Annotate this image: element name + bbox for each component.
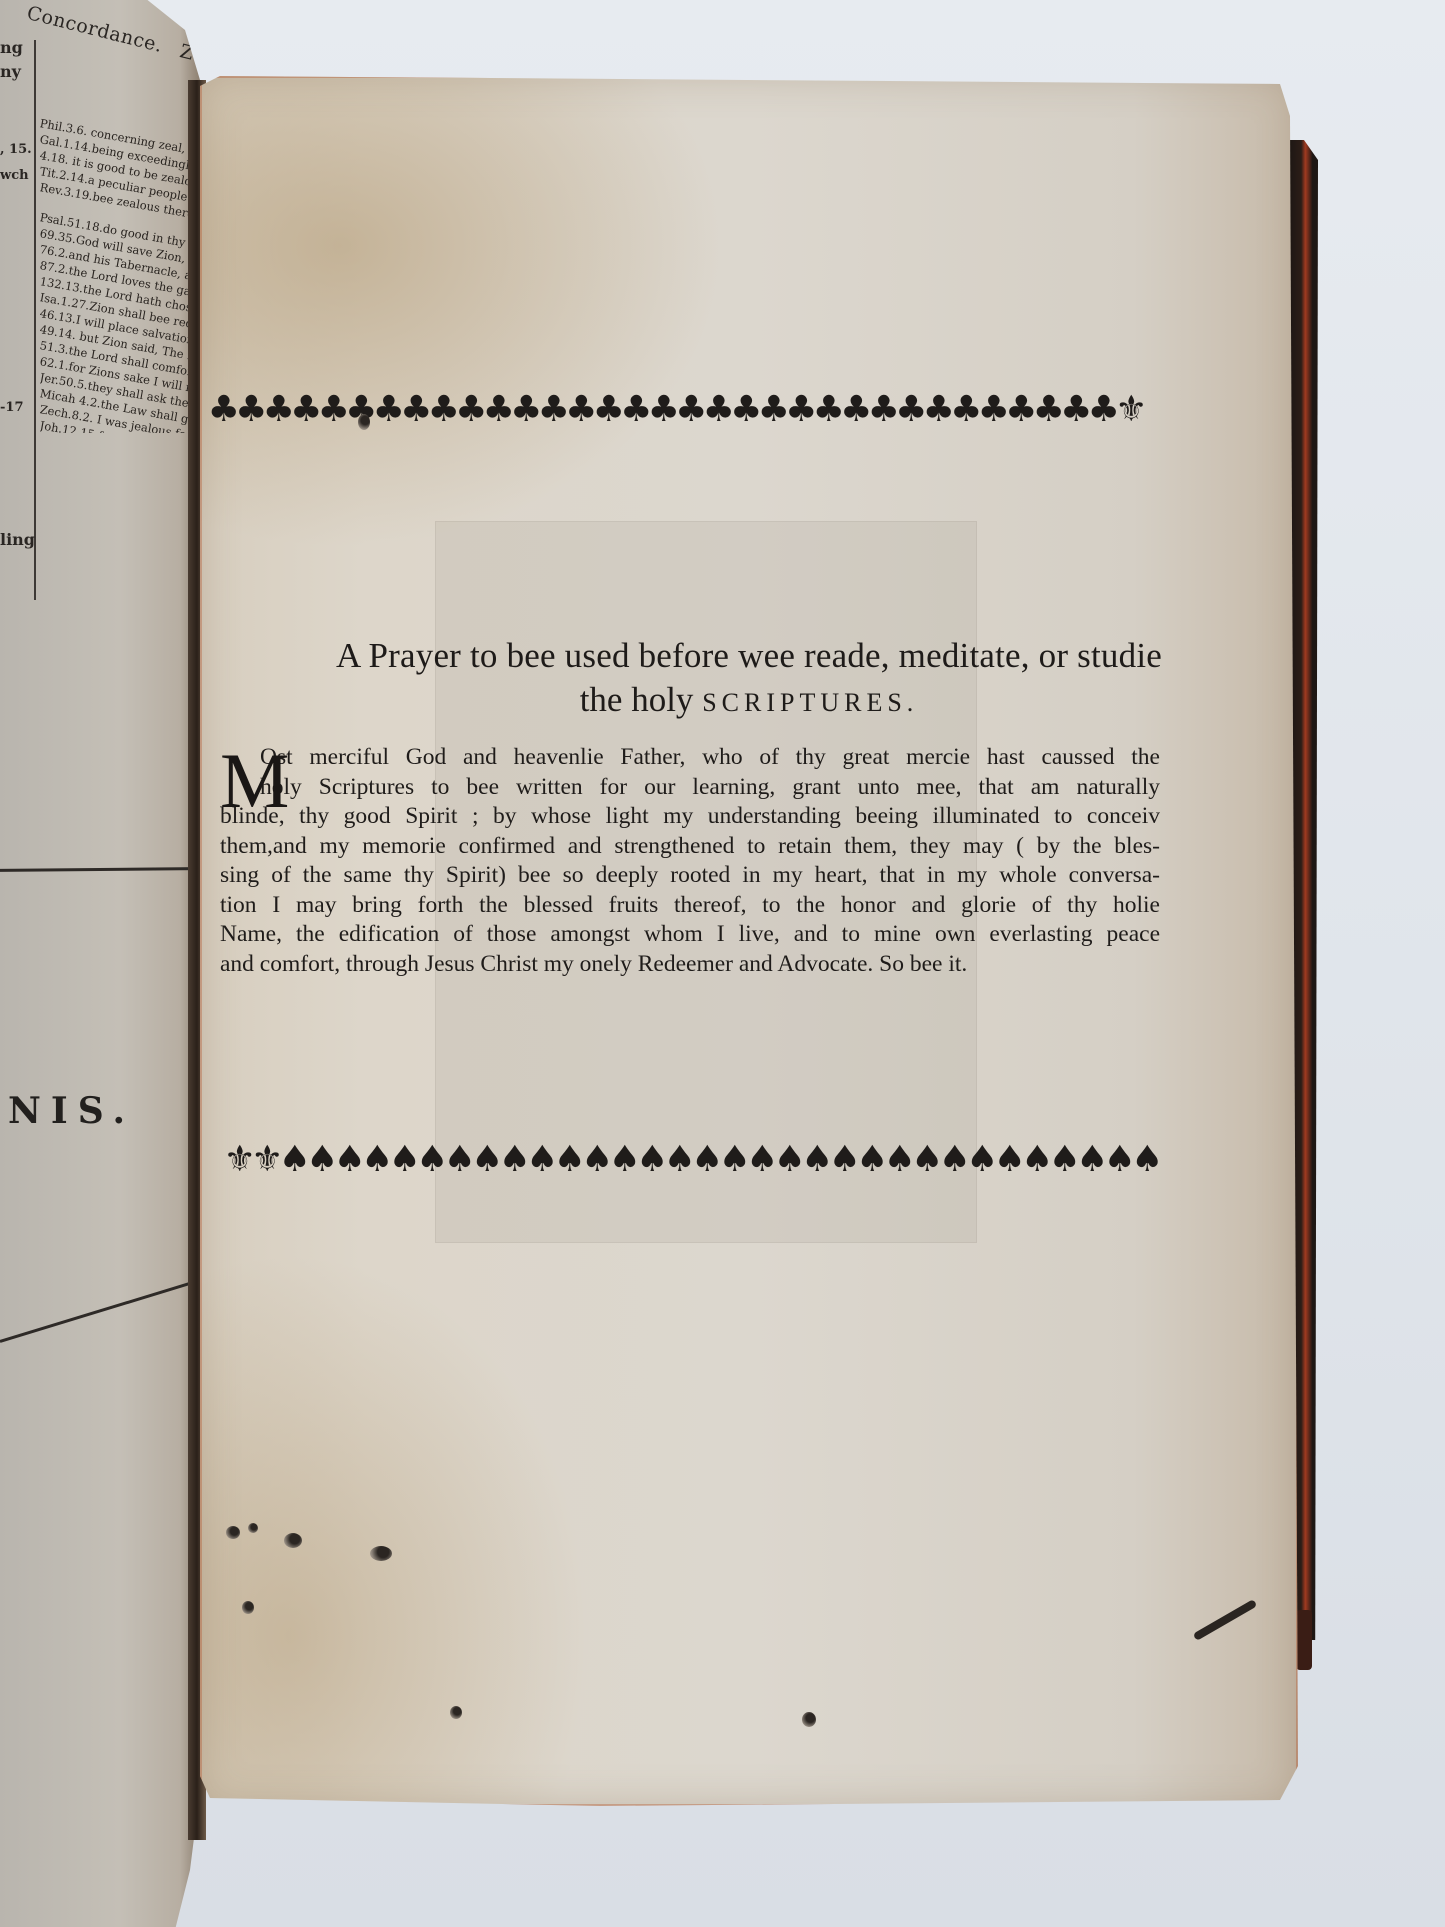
body-line: and comfort, through Jesus Christ my one… (220, 950, 1160, 980)
prayer-body: M Ost merciful God and heavenlie Father,… (220, 743, 1160, 979)
body-line: Ost merciful God and heavenlie Father, w… (220, 743, 1160, 773)
margin-fragment: , 15. (0, 142, 32, 157)
fleuron-acorn-icon: ♣ (705, 382, 733, 438)
fleuron-drop-icon: ♠ (859, 1132, 887, 1188)
fleuron-drop-icon: ♠ (1079, 1132, 1107, 1188)
fleuron-acorn-icon: ♣ (953, 382, 981, 438)
fleuron-drop-icon: ♠ (611, 1132, 639, 1188)
fleuron-acorn-icon: ♣ (1063, 382, 1091, 438)
fleuron-acorn-icon: ♣ (320, 382, 348, 438)
fleuron-drop-icon: ♠ (474, 1132, 502, 1188)
top-ornament-border: ♣♣♣♣♣♣♣♣♣♣♣♣♣♣♣♣♣♣♣♣♣♣♣♣♣♣♣♣♣♣♣♣♣⚜ (210, 380, 1155, 440)
drop-cap: M (220, 751, 289, 811)
right-page: ♣♣♣♣♣♣♣♣♣♣♣♣♣♣♣♣♣♣♣♣♣♣♣♣♣♣♣♣♣♣♣♣♣⚜ A Pra… (200, 76, 1298, 1806)
prayer-title-line-1: A Prayer to bee used before wee reade, m… (200, 636, 1298, 676)
concordance-references: Phil.3.6. concerning zeal, persecuting t… (40, 115, 200, 433)
fleuron-drop-icon: ♠ (1051, 1132, 1079, 1188)
fleuron-acorn-icon: ♣ (678, 382, 706, 438)
body-line: blinde, thy good Spirit ; by whose light… (220, 802, 1160, 832)
running-head-title: Concordance. (25, 2, 165, 57)
fleuron-acorn-icon: ♣ (485, 382, 513, 438)
fleuron-acorn-icon: ♣ (898, 382, 926, 438)
fleuron-acorn-icon: ♣ (430, 382, 458, 438)
fleuron-acorn-icon: ♣ (513, 382, 541, 438)
margin-fragment: -17 (0, 400, 24, 415)
diagonal-rule (0, 1279, 201, 1343)
horizontal-rule (0, 867, 195, 872)
fleuron-acorn-icon: ♣ (980, 382, 1008, 438)
margin-fragment: ling (0, 530, 35, 549)
fleuron-acorn-icon: ♣ (595, 382, 623, 438)
fleuron-acorn-icon: ♣ (1090, 382, 1118, 438)
fleuron-drop-icon: ♠ (446, 1132, 474, 1188)
fleuron-drop-icon: ♠ (419, 1132, 447, 1188)
fleuron-drop-icon: ♠ (831, 1132, 859, 1188)
body-line: tion I may bring forth the blessed fruit… (220, 891, 1160, 921)
finis-text: NIS. (8, 1090, 135, 1132)
fleuron-drop-icon: ♠ (584, 1132, 612, 1188)
fleuron-acorn-icon: ♣ (375, 382, 403, 438)
prayer-title-line-2: the holy SCRIPTURES. (200, 680, 1298, 720)
worm-hole (284, 1533, 302, 1548)
fleuron-drop-icon: ♠ (336, 1132, 364, 1188)
fleuron-drop-icon: ♠ (281, 1132, 309, 1188)
fleuron-drop-icon: ♠ (941, 1132, 969, 1188)
fleuron-acorn-icon: ♣ (623, 382, 651, 438)
worm-hole (248, 1523, 258, 1533)
margin-fragment: ng (0, 38, 23, 57)
fleuron-acorn-icon: ♣ (403, 382, 431, 438)
fleuron-acorn-icon: ♣ (733, 382, 761, 438)
fleur-de-lis-icon: ⚜ (226, 1132, 254, 1188)
fleuron-acorn-icon: ♣ (238, 382, 266, 438)
fleuron-acorn-icon: ♣ (540, 382, 568, 438)
fleuron-drop-icon: ♠ (391, 1132, 419, 1188)
worm-hole (450, 1706, 462, 1719)
body-line: Name, the edification of those amongst w… (220, 920, 1160, 950)
body-line: them,and my memorie confirmed and streng… (220, 832, 1160, 862)
fleuron-drop-icon: ♠ (914, 1132, 942, 1188)
margin-fragment: ny (0, 62, 21, 81)
fleuron-acorn-icon: ♣ (760, 382, 788, 438)
fleuron-acorn-icon: ♣ (650, 382, 678, 438)
fleuron-drop-icon: ♠ (501, 1132, 529, 1188)
fleuron-drop-icon: ♠ (886, 1132, 914, 1188)
worm-hole (370, 1546, 392, 1561)
fleuron-acorn-icon: ♣ (568, 382, 596, 438)
fleuron-drop-icon: ♠ (804, 1132, 832, 1188)
worm-hole (802, 1712, 816, 1727)
fleuron-drop-icon: ♠ (1134, 1132, 1162, 1188)
left-page: Concordance. ZEA ZIO ng ny , 15. wch -17… (0, 0, 200, 1927)
worm-hole (358, 414, 370, 430)
fleuron-drop-icon: ♠ (996, 1132, 1024, 1188)
fleuron-acorn-icon: ♣ (458, 382, 486, 438)
fleuron-drop-icon: ♠ (969, 1132, 997, 1188)
book-fore-edge-fragment (1296, 1610, 1312, 1670)
worm-hole (226, 1526, 240, 1539)
worm-hole (242, 1601, 254, 1614)
fleuron-acorn-icon: ♣ (210, 382, 238, 438)
fleuron-drop-icon: ♠ (1024, 1132, 1052, 1188)
worm-track (1193, 1599, 1258, 1641)
fleuron-drop-icon: ♠ (364, 1132, 392, 1188)
fleuron-drop-icon: ♠ (694, 1132, 722, 1188)
fleur-de-lis-icon: ⚜ (1118, 382, 1146, 438)
margin-fragment: wch (0, 168, 29, 183)
fleuron-drop-icon: ♠ (776, 1132, 804, 1188)
fleuron-acorn-icon: ♣ (293, 382, 321, 438)
fleuron-drop-icon: ♠ (1106, 1132, 1134, 1188)
fleuron-drop-icon: ♠ (666, 1132, 694, 1188)
fleuron-drop-icon: ♠ (556, 1132, 584, 1188)
book-photograph: Concordance. ZEA ZIO ng ny , 15. wch -17… (0, 0, 1445, 1927)
fleuron-acorn-icon: ♣ (788, 382, 816, 438)
body-line: holy Scriptures to bee written for our l… (220, 773, 1160, 803)
fleuron-acorn-icon: ♣ (870, 382, 898, 438)
title-prefix: the holy (580, 680, 702, 719)
body-line: sing of the same thy Spirit) bee so deep… (220, 861, 1160, 891)
fleuron-acorn-icon: ♣ (925, 382, 953, 438)
fleuron-drop-icon: ♠ (721, 1132, 749, 1188)
title-scriptures: SCRIPTURES. (702, 688, 918, 717)
fleuron-acorn-icon: ♣ (1035, 382, 1063, 438)
column-rule (34, 40, 36, 600)
fleuron-drop-icon: ♠ (639, 1132, 667, 1188)
fleuron-drop-icon: ♠ (309, 1132, 337, 1188)
fleuron-acorn-icon: ♣ (1008, 382, 1036, 438)
fleuron-drop-icon: ♠ (749, 1132, 777, 1188)
fleuron-acorn-icon: ♣ (815, 382, 843, 438)
fleuron-acorn-icon: ♣ (265, 382, 293, 438)
fleur-de-lis-icon: ⚜ (254, 1132, 282, 1188)
fleuron-acorn-icon: ♣ (843, 382, 871, 438)
fleuron-drop-icon: ♠ (529, 1132, 557, 1188)
bottom-ornament-border: ⚜⚜♠♠♠♠♠♠♠♠♠♠♠♠♠♠♠♠♠♠♠♠♠♠♠♠♠♠♠♠♠♠♠♠♠⚜ (226, 1130, 1161, 1190)
